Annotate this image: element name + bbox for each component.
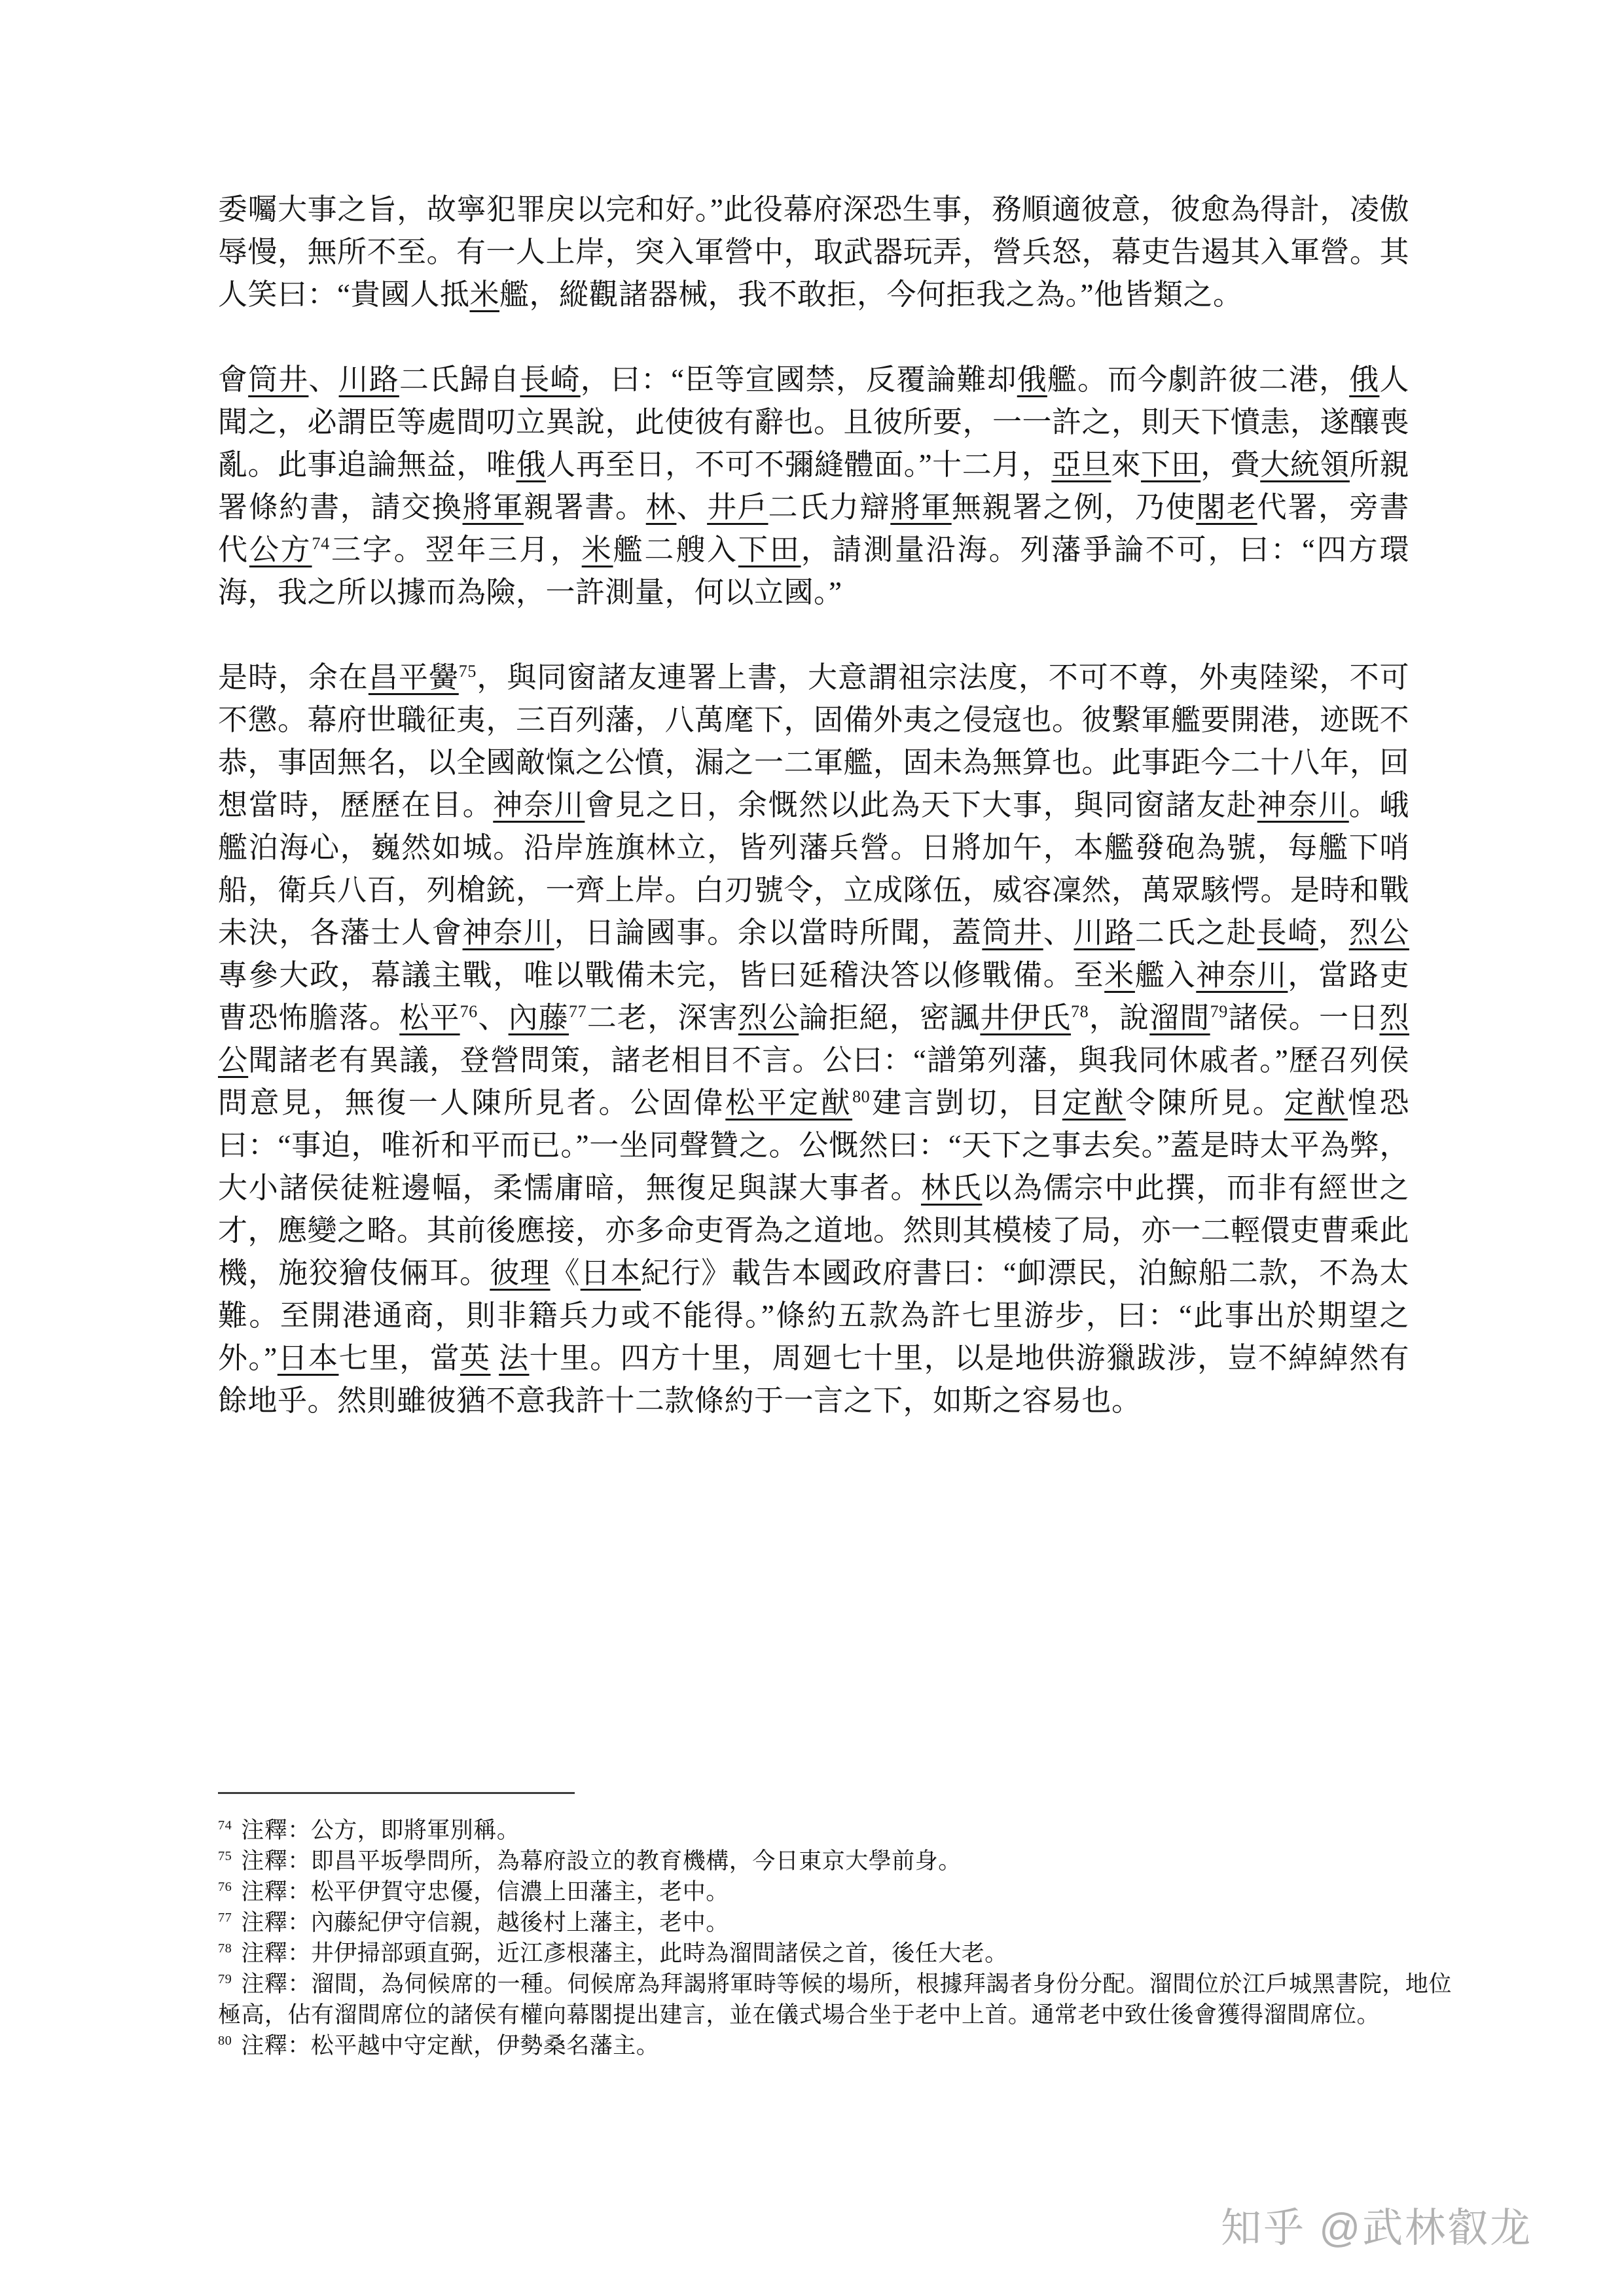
footnote-item: 79注釋：溜間，為伺候席的一種。伺候席為拜謁將軍時等候的場所，根據拜謁者身份分配…	[218, 1969, 1452, 2030]
paragraph-1: 委囑大事之旨，故寧犯罪戻以完和好。”此役幕府深恐生事，務順適彼意，彼愈為得計，凌…	[218, 188, 1409, 316]
proper-noun-mark: 米	[582, 533, 613, 566]
proper-noun-mark: 神奈川	[1196, 959, 1288, 992]
proper-noun-mark: 井伊氏	[980, 1001, 1071, 1034]
footnote-number: 74	[218, 1818, 232, 1833]
proper-noun-mark: 日本	[278, 1342, 339, 1374]
proper-noun-mark: 俄	[1349, 363, 1379, 396]
footnote-item: 74注釋：公方，即將軍別稱。	[218, 1815, 1452, 1846]
proper-noun-mark: 法	[499, 1342, 529, 1374]
footnote-number: 80	[218, 2034, 232, 2048]
footnote-number: 79	[218, 1972, 232, 1986]
proper-noun-mark: 大統領	[1260, 448, 1350, 481]
proper-noun-mark: 林氏	[921, 1172, 982, 1204]
footnote-item: 80注釋：松平越中守定猷，伊勢桑名藩主。	[218, 2030, 1452, 2061]
footnote-reference: 75	[459, 662, 477, 681]
footnote-reference: 79	[1210, 1002, 1228, 1021]
paragraph-2: 會筒井、川路二氏歸自長崎，曰：“臣等宣國禁，反覆論難却俄艦。而今劇許彼二港，俄人…	[218, 359, 1409, 614]
main-text: 委囑大事之旨，故寧犯罪戻以完和好。”此役幕府深恐生事，務順適彼意，彼愈為得計，凌…	[218, 188, 1409, 1465]
footnote-number: 76	[218, 1880, 232, 1894]
footnote-item: 78注釋：井伊掃部頭直弼，近江彥根藩主，此時為溜間諸侯之首，後任大老。	[218, 1938, 1452, 1969]
proper-noun-mark: 松平	[399, 1001, 460, 1034]
footnote-item: 75注釋：即昌平坂學問所，為幕府設立的教育機構，今日東京大學前身。	[218, 1846, 1452, 1876]
proper-noun-mark: 松平定猷	[725, 1086, 852, 1119]
footnotes-section: 74注釋：公方，即將軍別稱。75注釋：即昌平坂學問所，為幕府設立的教育機構，今日…	[218, 1792, 1452, 2061]
proper-noun-mark: 將軍	[890, 491, 951, 524]
proper-noun-mark: 昌平黌	[369, 661, 459, 694]
document-page: { "page": { "background_color": "#ffffff…	[0, 0, 1624, 2296]
footnote-reference: 78	[1071, 1002, 1089, 1021]
proper-noun-mark: 烈公	[738, 1001, 799, 1034]
proper-noun-mark: 川路	[1074, 916, 1134, 949]
proper-noun-mark: 彼理	[490, 1257, 550, 1289]
proper-noun-mark: 筒井	[248, 363, 308, 396]
proper-noun-mark: 井戶	[707, 491, 768, 524]
proper-noun-mark: 長崎	[1257, 916, 1318, 949]
proper-noun-mark: 神奈川	[493, 789, 585, 821]
proper-noun-mark: 俄	[1017, 363, 1047, 396]
proper-noun-mark: 定猷	[1062, 1086, 1126, 1119]
proper-noun-mark: 筒井	[982, 916, 1043, 949]
proper-noun-mark: 亞旦	[1051, 448, 1111, 481]
zhihu-watermark: 知乎 @武林叡龙	[1221, 2202, 1532, 2255]
footnote-list: 74注釋：公方，即將軍別稱。75注釋：即昌平坂學問所，為幕府設立的教育機構，今日…	[218, 1815, 1452, 2061]
footnote-item: 77注釋：內藤紀伊守信親，越後村上藩主，老中。	[218, 1907, 1452, 1938]
proper-noun-mark: 日本	[581, 1257, 641, 1289]
proper-noun-mark: 溜間	[1149, 1001, 1210, 1034]
proper-noun-mark: 長崎	[520, 363, 580, 396]
proper-noun-mark: 定猷	[1284, 1086, 1348, 1119]
footnote-number: 75	[218, 1849, 232, 1863]
proper-noun-mark: 內藤	[509, 1001, 569, 1034]
proper-noun-mark: 神奈川	[463, 916, 554, 949]
proper-noun-mark: 英	[460, 1342, 490, 1374]
proper-noun-mark: 米	[469, 278, 499, 311]
footnote-number: 77	[218, 1910, 232, 1925]
proper-noun-mark: 下田	[738, 533, 801, 566]
footnote-reference: 80	[852, 1087, 870, 1106]
footnote-reference: 77	[569, 1002, 586, 1021]
proper-noun-mark: 將軍	[463, 491, 524, 524]
proper-noun-mark: 俄	[516, 448, 546, 481]
proper-noun-mark: 川路	[339, 363, 399, 396]
proper-noun-mark: 烈公	[218, 1001, 1409, 1077]
proper-noun-mark: 閣老	[1196, 491, 1257, 524]
footnote-separator	[218, 1792, 575, 1794]
proper-noun-mark: 公方	[249, 533, 312, 566]
proper-noun-mark: 下田	[1141, 448, 1200, 481]
paragraph-3: 是時，余在昌平黌75，與同窗諸友連署上書，大意謂祖宗法度，不可不尊，外夷陸梁，不…	[218, 656, 1409, 1422]
footnote-item: 76注釋：松平伊賀守忠優，信濃上田藩主，老中。	[218, 1876, 1452, 1907]
footnote-number: 78	[218, 1941, 232, 1956]
proper-noun-mark: 林	[646, 491, 677, 524]
proper-noun-mark: 米	[1104, 959, 1135, 992]
footnote-reference: 76	[460, 1002, 478, 1021]
footnote-reference: 74	[312, 534, 330, 553]
proper-noun-mark: 烈公	[1349, 916, 1409, 949]
proper-noun-mark: 神奈川	[1257, 789, 1349, 821]
